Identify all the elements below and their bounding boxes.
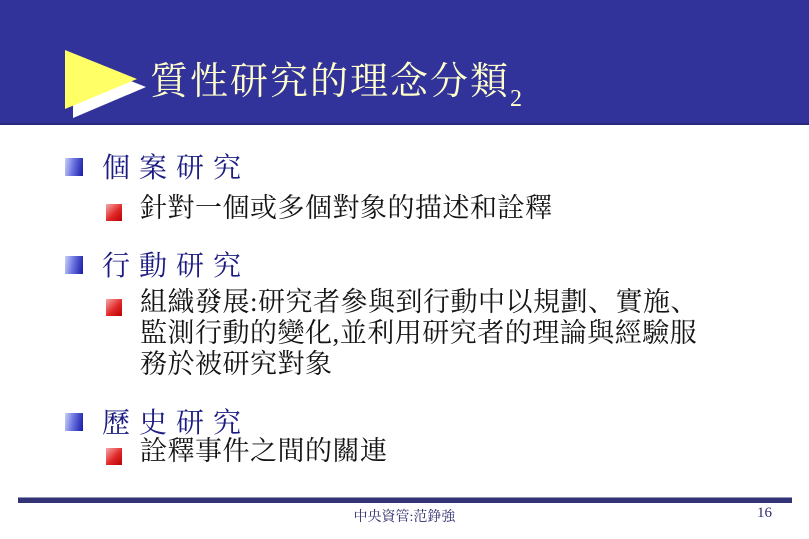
level1-bullet-icon <box>65 158 83 176</box>
arrow-triangle-icon <box>58 42 158 126</box>
section-2-subitem-line: 監測行動的變化,並利用研究者的理論與經驗服 <box>140 318 697 349</box>
page-title-text: 質性研究的理念分類 <box>150 61 510 103</box>
level1-bullet-icon <box>65 256 83 274</box>
level1-bullet-icon <box>65 413 83 431</box>
section-3-subitem-line: 詮釋事件之間的關連 <box>140 436 388 467</box>
section-1-subitem-line: 針對一個或多個對象的描述和詮釋 <box>140 193 553 224</box>
footer-author: 中央資管:范錚強 <box>0 506 809 526</box>
page-title-subscript: 2 <box>510 86 522 112</box>
section-heading-1: 個案研究 <box>102 146 250 186</box>
section-heading-2: 行動研究 <box>102 244 250 284</box>
footer-divider <box>18 497 792 503</box>
section-2-subitem-line: 組織發展:研究者參與到行動中以規劃、實施、 <box>140 287 698 318</box>
level2-bullet-icon <box>106 299 122 316</box>
page-title: 質性研究的理念分類2 <box>150 50 522 113</box>
slide: 質性研究的理念分類2 個案研究 針對一個或多個對象的描述和詮釋 行動研究 組織發… <box>0 0 809 539</box>
level2-bullet-icon <box>106 448 122 465</box>
page-number: 16 <box>757 505 772 522</box>
title-banner: 質性研究的理念分類2 <box>0 0 809 125</box>
footer-divider-thick-line <box>18 498 792 503</box>
section-heading-3: 歷史研究 <box>102 401 250 441</box>
section-2-subitem-line: 務於被研究對象 <box>140 349 333 380</box>
level2-bullet-icon <box>106 204 122 221</box>
